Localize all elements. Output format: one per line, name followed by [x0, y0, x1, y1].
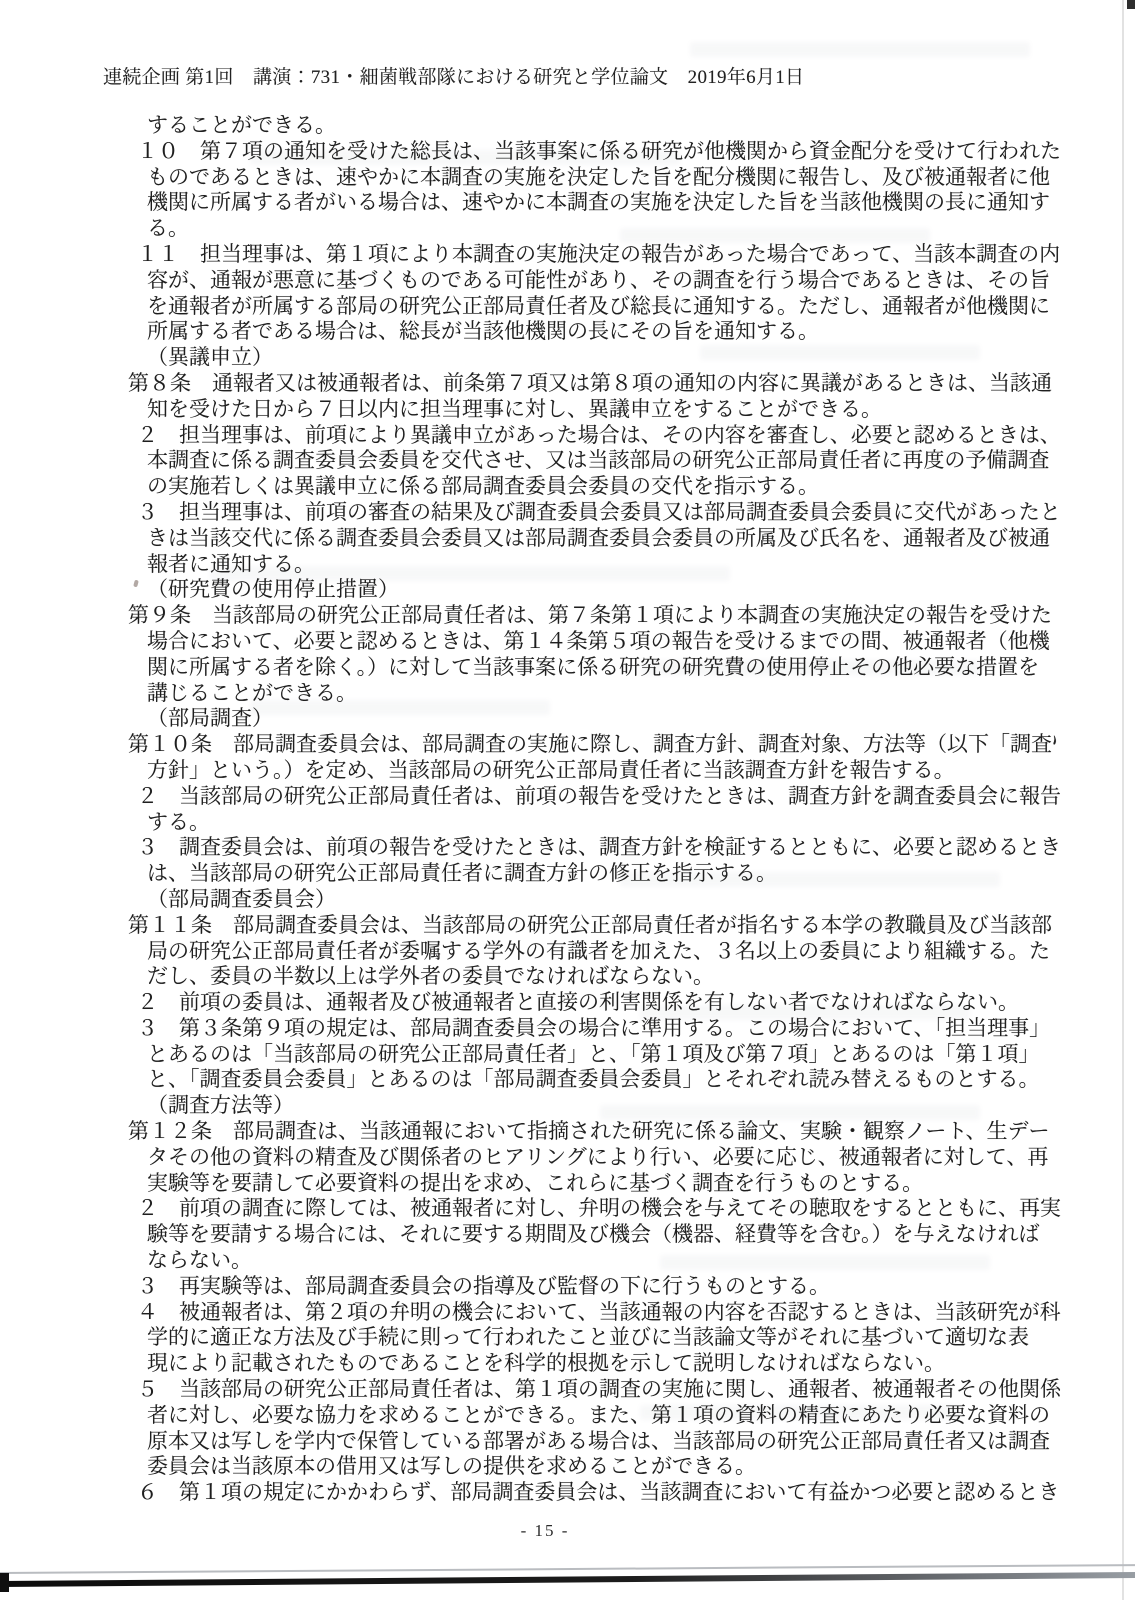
text-line: 者に対し、必要な協力を求めることができる。また、第１項の資料の精査にあたり必要な…	[100, 1403, 1050, 1429]
text-line: 第１０条 部局調査委員会は、部局調査の実施に際し、調査方針、調査対象、方法等（以…	[100, 732, 1050, 758]
text-line: 関に所属する者を除く。）に対して当該事案に係る研究の研究費の使用停止その他必要な…	[100, 655, 1050, 681]
text-line: （異議申立）	[100, 345, 1050, 371]
document-body: することができる。１０ 第７項の通知を受けた総長は、当該事案に係る研究が他機関か…	[100, 113, 1050, 1506]
text-line: ３ 再実験等は、部局調査委員会の指導及び監督の下に行うものとする。	[100, 1274, 1050, 1300]
text-line: を通報者が所属する部局の研究公正部局責任者及び総長に通知する。ただし、通報者が他…	[100, 294, 1050, 320]
text-line: タその他の資料の精査及び関係者のヒアリングにより行い、必要に応じ、被通報者に対し…	[100, 1145, 1050, 1171]
text-line: ２ 担当理事は、前項により異議申立があった場合は、その内容を審査し、必要と認める…	[100, 423, 1050, 449]
text-line: 所属する者である場合は、総長が当該他機関の長にその旨を通知する。	[100, 319, 1050, 345]
text-line: することができる。	[100, 113, 1050, 139]
text-line: と、「調査委員会委員」とあるのは「部局調査委員会委員」とそれぞれ読み替えるものと…	[100, 1067, 1050, 1093]
text-line: １１ 担当理事は、第１項により本調査の実施決定の報告があった場合であって、当該本…	[100, 242, 1050, 268]
text-line: とあるのは「当該部局の研究公正部局責任者」と、「第１項及び第７項」とあるのは「第…	[100, 1042, 1050, 1068]
text-line: の実施若しくは異議申立に係る部局調査委員会委員の交代を指示する。	[100, 474, 1050, 500]
text-line: ものであるときは、速やかに本調査の実施を決定した旨を配分機関に報告し、及び被通報…	[100, 165, 1050, 191]
text-line: 実験等を要請して必要資料の提出を求め、これらに基づく調査を行うものとする。	[100, 1171, 1050, 1197]
text-line: （部局調査委員会）	[100, 887, 1050, 913]
text-line: きは当該交代に係る調査委員会委員又は部局調査委員会委員の所属及び氏名を、通報者及…	[100, 526, 1050, 552]
text-line: ３ 担当理事は、前項の審査の結果及び調査委員会委員又は部局調査委員会委員に交代が…	[100, 500, 1050, 526]
scan-corner-mark	[1127, 0, 1135, 9]
text-line: 第１１条 部局調査委員会は、当該部局の研究公正部局責任者が指名する本学の教職員及…	[100, 913, 1050, 939]
text-line: 局の研究公正部局責任者が委嘱する学外の有識者を加えた、３名以上の委員により組織す…	[100, 939, 1050, 965]
text-line: ６ 第１項の規定にかかわらず、部局調査委員会は、当該調査において有益かつ必要と認…	[100, 1480, 1050, 1506]
text-line: １０ 第７項の通知を受けた総長は、当該事案に係る研究が他機関から資金配分を受けて…	[100, 139, 1050, 165]
document-header: 連続企画 第1回 講演：731・細菌戦部隊における研究と学位論文 2019年6月…	[103, 62, 804, 89]
text-line: 委員会は当該原本の借用又は写しの提供を求めることができる。	[100, 1454, 1050, 1480]
page-edge-shadow-dark	[0, 1572, 1135, 1587]
scan-edge-line	[1122, 0, 1124, 1600]
text-line: ２ 当該部局の研究公正部局責任者は、前項の報告を受けたときは、調査方針を調査委員…	[100, 784, 1050, 810]
text-line: ５ 当該部局の研究公正部局責任者は、第１項の調査の実施に関し、通報者、被通報者そ…	[100, 1377, 1050, 1403]
text-line: （部局調査）	[100, 706, 1050, 732]
text-line: ならない。	[100, 1248, 1050, 1274]
text-line: は、当該部局の研究公正部局責任者に調査方針の修正を指示する。	[100, 861, 1050, 887]
scan-corner-mark-left	[0, 1573, 9, 1592]
text-line: る。	[100, 216, 1050, 242]
bleed-through-artifact	[690, 42, 1030, 57]
text-line: 講じることができる。	[100, 681, 1050, 707]
text-line: 容が、通報が悪意に基づくものである可能性があり、その調査を行う場合であるときは、…	[100, 268, 1050, 294]
text-line: 現により記載されたものであることを科学的根拠を示して説明しなければならない。	[100, 1351, 1050, 1377]
text-line: ３ 第３条第９項の規定は、部局調査委員会の場合に準用する。この場合において、「担…	[100, 1016, 1050, 1042]
text-line: ３ 調査委員会は、前項の報告を受けたときは、調査方針を検証するとともに、必要と認…	[100, 835, 1050, 861]
text-line: 原本又は写しを学内で保管している部署がある場合は、当該部局の研究公正部局責任者又…	[100, 1429, 1050, 1455]
text-line: する。	[100, 810, 1050, 836]
text-line: 第９条 当該部局の研究公正部局責任者は、第７条第１項により本調査の実施決定の報告…	[100, 603, 1050, 629]
text-line: （調査方法等）	[100, 1093, 1050, 1119]
text-line: ２ 前項の調査に際しては、被通報者に対し、弁明の機会を与えてその聴取をするととも…	[100, 1196, 1050, 1222]
text-line: （研究費の使用停止措置）	[100, 577, 1050, 603]
text-line: ２ 前項の委員は、通報者及び被通報者と直接の利害関係を有しない者でなければならな…	[100, 990, 1050, 1016]
text-line: 知を受けた日から７日以内に担当理事に対し、異議申立をすることができる。	[100, 397, 1050, 423]
text-line: ４ 被通報者は、第２項の弁明の機会において、当該通報の内容を否認するときは、当該…	[100, 1300, 1050, 1326]
text-line: 第１２条 部局調査は、当該通報において指摘された研究に係る論文、実験・観察ノート…	[100, 1119, 1050, 1145]
text-line: 第８条 通報者又は被通報者は、前条第７項又は第８項の通知の内容に異議があるときは…	[100, 371, 1050, 397]
text-line: だし、委員の半数以上は学外者の委員でなければならない。	[100, 964, 1050, 990]
text-line: 本調査に係る調査委員会委員を交代させ、又は当該部局の研究公正部局責任者に再度の予…	[100, 448, 1050, 474]
text-line: 験等を要請する場合には、それに要する期間及び機会（機器、経費等を含む。）を与えな…	[100, 1222, 1050, 1248]
scanned-document-page: 連続企画 第1回 講演：731・細菌戦部隊における研究と学位論文 2019年6月…	[0, 0, 1135, 1600]
text-line: 学的に適正な方法及び手続に則って行われたこと並びに当該論文等がそれに基づいて適切…	[100, 1325, 1050, 1351]
text-line: 方針」という。）を定め、当該部局の研究公正部局責任者に当該調査方針を報告する。	[100, 758, 1050, 784]
text-line: 報者に通知する。	[100, 552, 1050, 578]
text-line: 機関に所属する者がいる場合は、速やかに本調査の実施を決定した旨を当該他機関の長に…	[100, 190, 1050, 216]
page-number: - 15 -	[0, 1521, 1090, 1541]
text-line: 場合において、必要と認めるときは、第１４条第５項の報告を受けるまでの間、被通報者…	[100, 629, 1050, 655]
